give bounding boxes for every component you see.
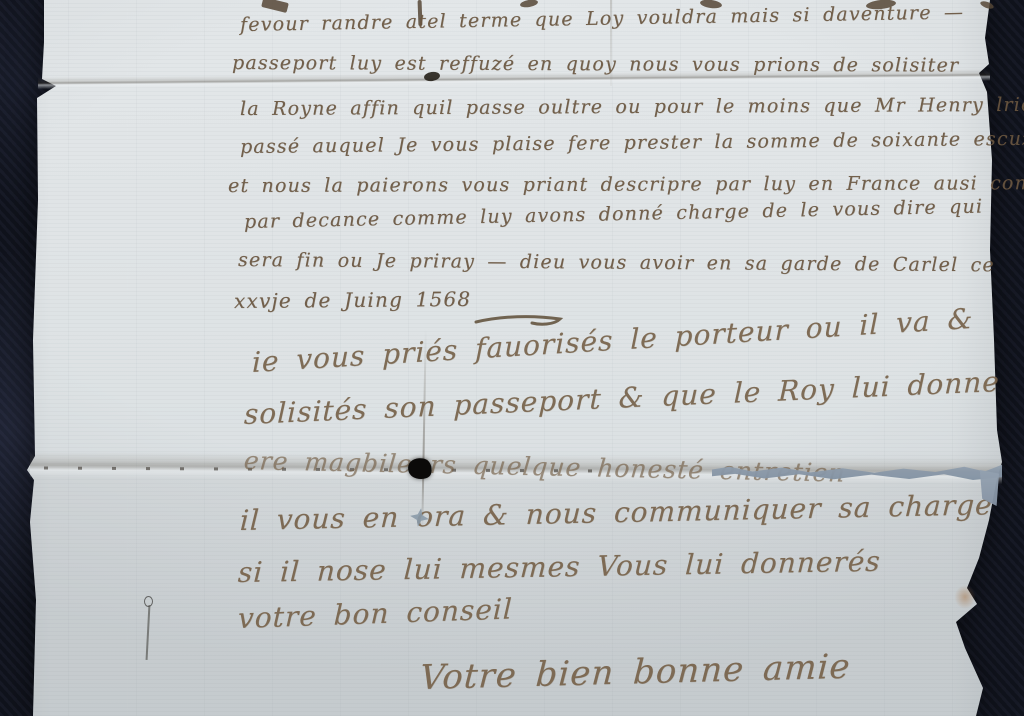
manuscript-dateline: xxvje de Juing 1568 bbox=[234, 287, 471, 313]
edge-stain bbox=[950, 580, 980, 614]
manuscript-line-3: la Royne affin quil passe oultre ou pour… bbox=[240, 94, 1024, 120]
date-underline-flourish bbox=[474, 312, 566, 328]
photograph-of-manuscript-letter: fevour randre atel terme que Loy vouldra… bbox=[0, 0, 1024, 716]
pin-scratch-mark bbox=[142, 596, 154, 662]
manuscript-line-2: passeport luy est reffuzé en quoy nous v… bbox=[232, 52, 959, 77]
pin-shaft bbox=[146, 605, 150, 660]
manuscript-line-5: et nous la paierons vous priant descripr… bbox=[228, 172, 1024, 197]
